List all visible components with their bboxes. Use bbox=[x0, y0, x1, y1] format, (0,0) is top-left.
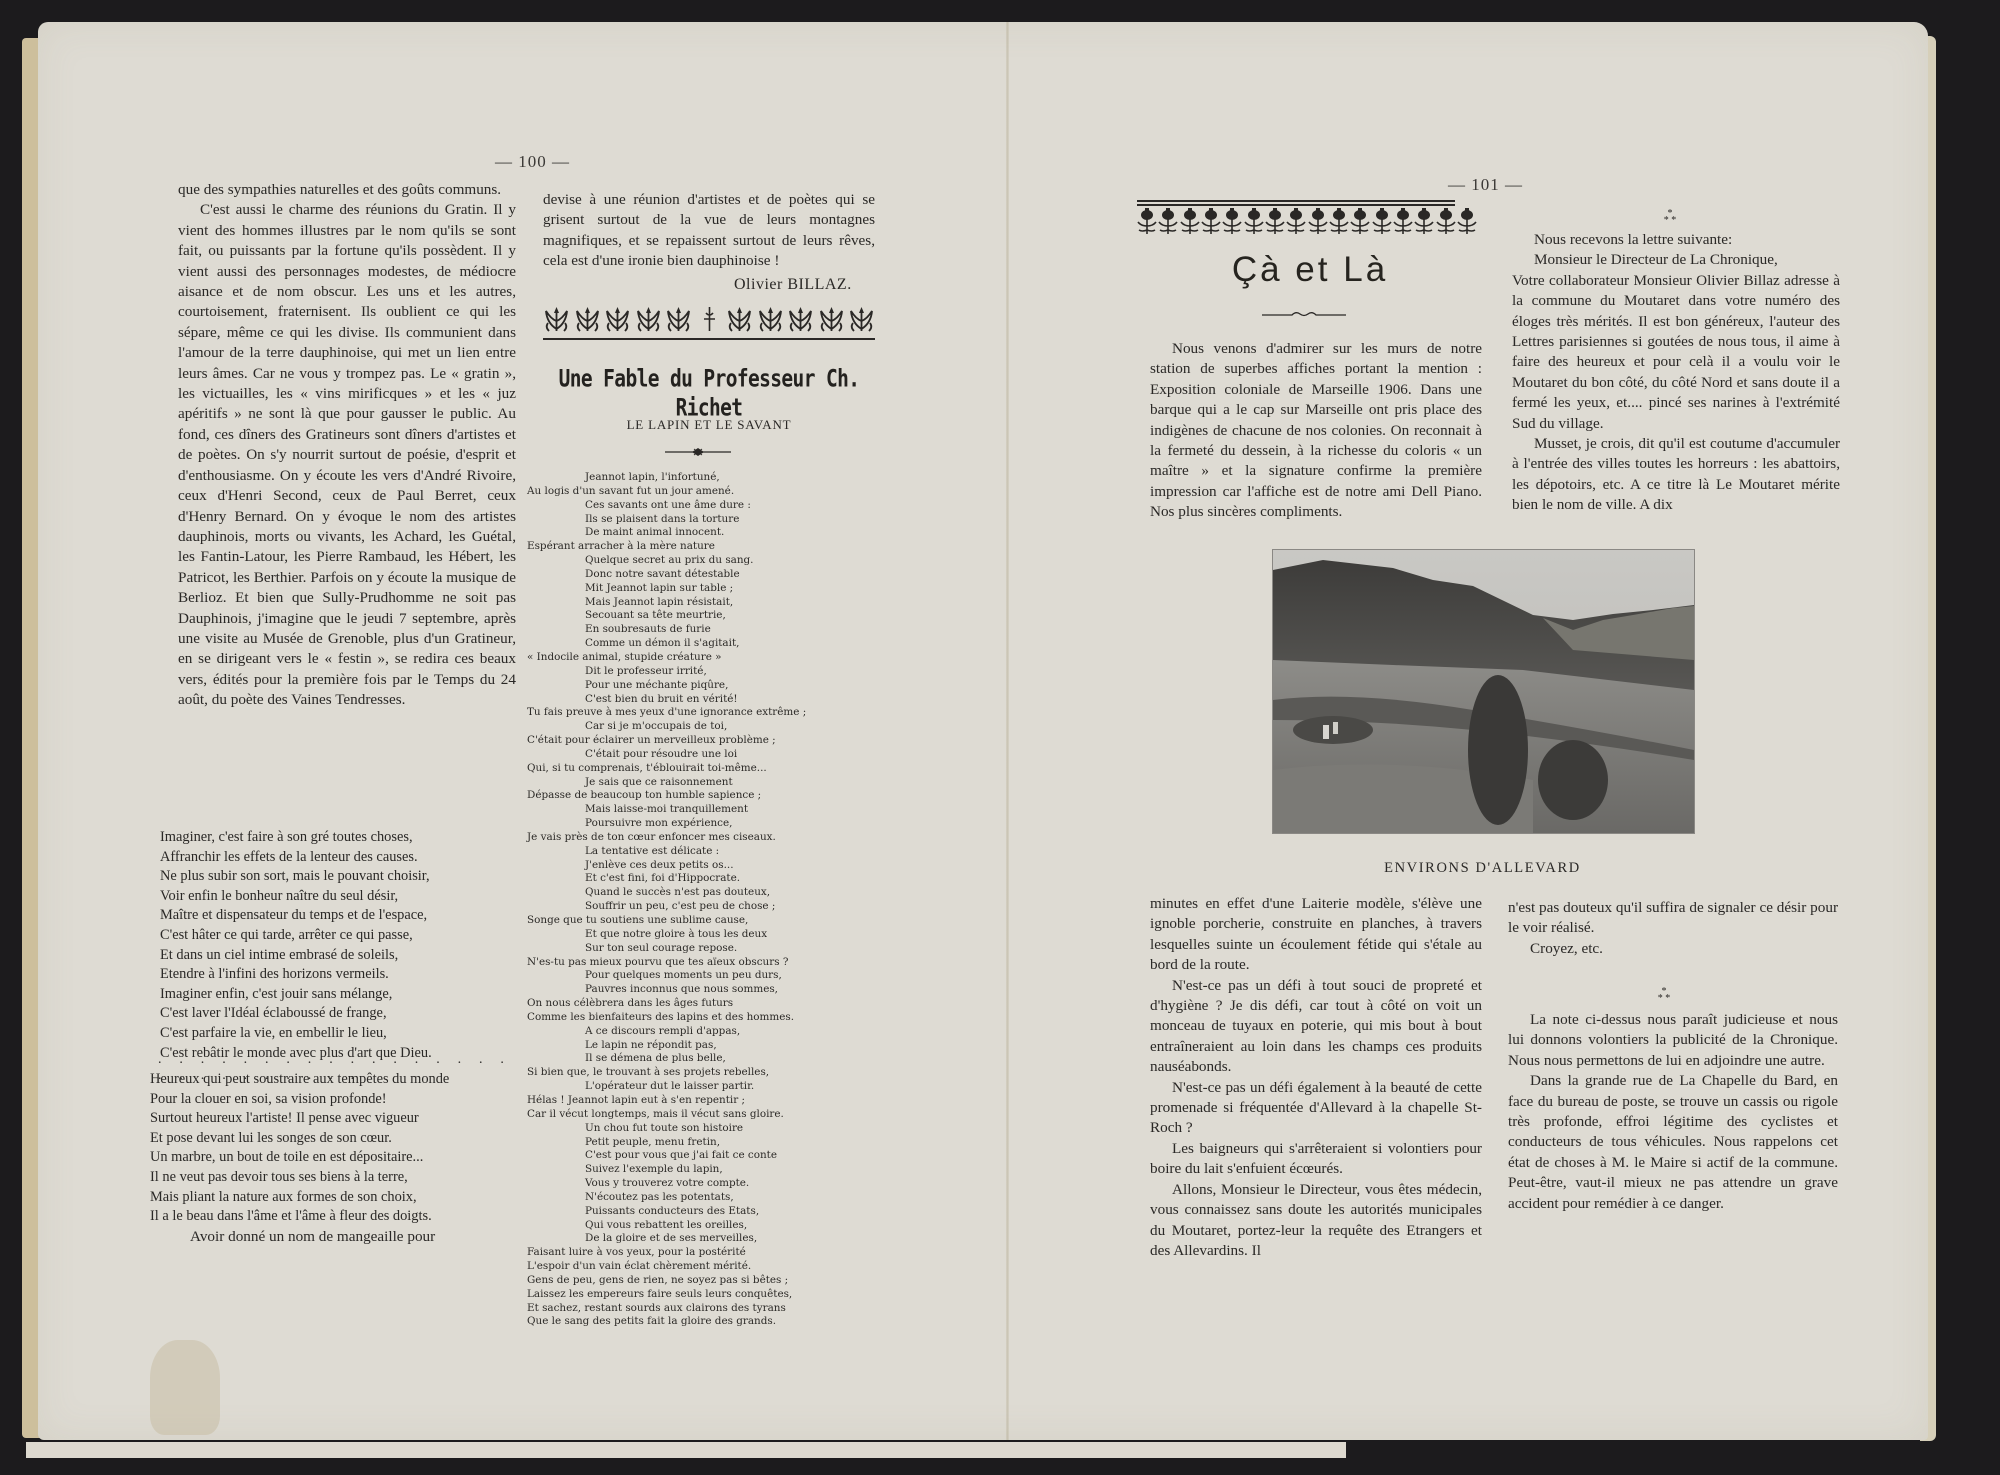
palmette-ornament-band bbox=[543, 302, 875, 336]
thistle-flower-icon bbox=[1222, 206, 1242, 236]
fable-verse-line: Ces savants ont une âme dure : bbox=[527, 499, 877, 513]
palmette-icon bbox=[757, 305, 784, 333]
photo-caption: ENVIRONS D'ALLEVARD bbox=[1272, 860, 1693, 877]
verse-line: Il a le beau dans l'âme et l'âme à fleur… bbox=[150, 1207, 520, 1227]
fable-verse-line: Hélas ! Jeannot lapin eut à s'en repenti… bbox=[527, 1094, 877, 1108]
underlying-page-edge-bottom bbox=[26, 1442, 1346, 1458]
fable-verse-line: Poursuivre mon expérience, bbox=[527, 817, 877, 831]
fable-verse-line: Le lapin ne répondit pas, bbox=[527, 1039, 877, 1053]
page-number-left: — 100 — bbox=[495, 152, 570, 172]
fable-verse-line: C'est bien du bruit en vérité! bbox=[527, 693, 877, 707]
fable-verse-line: Je vais près de ton cœur enfoncer mes ci… bbox=[527, 831, 877, 845]
fable-verse-line: Gens de peu, gens de rien, ne soyez pas … bbox=[527, 1274, 877, 1288]
paragraph: Croyez, etc. bbox=[1508, 939, 1838, 959]
right-column-2-letter: Nous recevons la lettre suivante:Monsieu… bbox=[1512, 230, 1840, 516]
fable-verse-line: Mais laisse-moi tranquillement bbox=[527, 803, 877, 817]
paragraph: Allons, Monsieur le Directeur, vous êtes… bbox=[1150, 1180, 1482, 1262]
fable-verse-line: C'est pour vous que j'ai fait ce conte bbox=[527, 1149, 877, 1163]
verse-line: Surtout heureux l'artiste! Il pense avec… bbox=[150, 1109, 520, 1129]
paragraph: Musset, je crois, dit qu'il est coutume … bbox=[1512, 434, 1840, 516]
thistle-flower-icon bbox=[1137, 206, 1157, 236]
verse-line: Ne plus subir son sort, mais le pouvant … bbox=[160, 867, 520, 887]
fable-verse-line: La tentative est délicate : bbox=[527, 845, 877, 859]
thistle-flower-icon bbox=[1265, 206, 1285, 236]
fable-verse-line: Donc notre savant détestable bbox=[527, 568, 877, 582]
verse-line: Affranchir les effets de la lenteur des … bbox=[160, 848, 520, 868]
palmette-icon bbox=[787, 305, 814, 333]
fable-verse-line: Quand le succès n'est pas douteux, bbox=[527, 886, 877, 900]
palmette-icon bbox=[604, 305, 631, 333]
verse-line: C'est parfaire la vie, en embellir le li… bbox=[160, 1024, 520, 1044]
verse-line: Imaginer enfin, c'est jouir sans mélange… bbox=[160, 985, 520, 1005]
fable-poem: Jeannot lapin, l'infortuné,Au logis d'un… bbox=[527, 471, 877, 1329]
left-column-1-prose: que des sympathies naturelles et des goû… bbox=[178, 180, 516, 711]
fable-verse-line: J'enlève ces deux petits os... bbox=[527, 859, 877, 873]
fable-verse-line: Dit le professeur irrité, bbox=[527, 665, 877, 679]
right-column-2-note: La note ci-dessus nous paraît judicieuse… bbox=[1508, 1010, 1838, 1214]
fable-subtitle: LE LAPIN ET LE SAVANT bbox=[543, 417, 875, 433]
paragraph: minutes en effet d'une Laiterie modèle, … bbox=[1150, 894, 1482, 976]
fable-verse-line: N'es-tu pas mieux pourvu que tes aïeux o… bbox=[527, 956, 877, 970]
fable-verse-line: C'était pour résoudre une loi bbox=[527, 748, 877, 762]
thistle-flower-icon bbox=[1286, 206, 1306, 236]
flower-ornament-band bbox=[1137, 206, 1477, 236]
verse-line: Et pose devant lui les songes de son cœu… bbox=[150, 1129, 520, 1149]
page-number-right: — 101 — bbox=[1448, 175, 1523, 195]
paragraph: Votre collaborateur Monsieur Olivier Bil… bbox=[1512, 271, 1840, 434]
verse-line: Maître et dispensateur du temps et de l'… bbox=[160, 906, 520, 926]
fable-verse-line: Songe que tu soutiens une sublime cause, bbox=[527, 914, 877, 928]
verse-line: Imaginer, c'est faire à son gré toutes c… bbox=[160, 828, 520, 848]
fable-verse-line: Mit Jeannot lapin sur table ; bbox=[527, 582, 877, 596]
fable-verse-line: On nous célèbrera dans les âges futurs bbox=[527, 997, 877, 1011]
verse-line: Et dans un ciel intime embrasé de soleil… bbox=[160, 946, 520, 966]
paragraph: n'est pas douteux qu'il suffira de signa… bbox=[1508, 898, 1838, 939]
palmette-icon bbox=[818, 305, 845, 333]
verse-line: Il ne veut pas devoir tous ses biens à l… bbox=[150, 1168, 520, 1188]
mountain-landscape-image bbox=[1273, 550, 1694, 833]
left-column-2-opening: devise à une réunion d'artistes et de po… bbox=[543, 190, 875, 272]
thistle-flower-icon bbox=[1180, 206, 1200, 236]
paragraph: N'est-ce pas un défi à tout souci de pro… bbox=[1150, 976, 1482, 1078]
fable-verse-line: Suivez l'exemple du lapin, bbox=[527, 1163, 877, 1177]
author-signature: Olivier BILLAZ. bbox=[734, 276, 852, 294]
left-column-1-closing: Avoir donné un nom de mangeaille pour bbox=[168, 1227, 518, 1247]
fable-verse-line: Mais Jeannot lapin résistait, bbox=[527, 596, 877, 610]
fable-verse-line: Espérant arracher à la mère nature bbox=[527, 540, 877, 554]
paragraph: C'est aussi le charme des réunions du Gr… bbox=[178, 200, 516, 710]
thistle-flower-icon bbox=[1158, 206, 1178, 236]
fable-verse-line: Au logis d'un savant fut un jour amené. bbox=[527, 485, 877, 499]
fable-verse-line: Vous y trouverez votre compte. bbox=[527, 1177, 877, 1191]
fable-verse-line: Et que notre gloire à tous les deux bbox=[527, 928, 877, 942]
fable-verse-line: Car si je m'occupais de toi, bbox=[527, 720, 877, 734]
palmette-icon bbox=[574, 305, 601, 333]
fable-verse-line: Un chou fut toute son histoire bbox=[527, 1122, 877, 1136]
fable-verse-line: C'était pour éclairer un merveilleux pro… bbox=[527, 734, 877, 748]
fable-verse-line: Qui, si tu comprenais, t'éblouirait toi-… bbox=[527, 762, 877, 776]
thistle-flower-icon bbox=[1350, 206, 1370, 236]
header-double-rule bbox=[1137, 200, 1455, 202]
thistle-flower-icon bbox=[1329, 206, 1349, 236]
poem-imaginer: Imaginer, c'est faire à son gré toutes c… bbox=[160, 828, 520, 1063]
fable-verse-line: Petit peuple, menu fretin, bbox=[527, 1136, 877, 1150]
thistle-flower-icon bbox=[1201, 206, 1221, 236]
thistle-flower-icon bbox=[1414, 206, 1434, 236]
fable-verse-line: Pauvres inconnus que nous sommes, bbox=[527, 983, 877, 997]
ornament-rule bbox=[543, 338, 875, 340]
thistle-flower-icon bbox=[1244, 206, 1264, 236]
paragraph: Dans la grande rue de La Chapelle du Bar… bbox=[1508, 1071, 1838, 1214]
page-gutter bbox=[1006, 22, 1009, 1440]
thistle-flower-icon bbox=[1308, 206, 1328, 236]
paper-stain bbox=[150, 1340, 220, 1435]
fable-verse-line: Tu fais preuve à mes yeux d'une ignoranc… bbox=[527, 706, 877, 720]
fable-verse-line: De la gloire et de ses merveilles, bbox=[527, 1232, 877, 1246]
fable-verse-line: L'espoir d'un vain éclat chèrement mérit… bbox=[527, 1260, 877, 1274]
paragraph: La note ci-dessus nous paraît judicieuse… bbox=[1508, 1010, 1838, 1071]
verse-line: Heureux qui peut soustraire aux tempêtes… bbox=[150, 1070, 520, 1090]
right-column-1-intro: Nous venons d'admirer sur les murs de no… bbox=[1150, 339, 1482, 523]
paragraph: Monsieur le Directeur de La Chronique, bbox=[1512, 250, 1840, 270]
fleur-de-lis-icon bbox=[696, 305, 723, 333]
fable-verse-line: Ils se plaisent dans la torture bbox=[527, 513, 877, 527]
palmette-icon bbox=[726, 305, 753, 333]
fable-verse-line: Qui vous rebattent les oreilles, bbox=[527, 1219, 877, 1233]
fable-verse-line: N'écoutez pas les potentats, bbox=[527, 1191, 877, 1205]
fable-verse-line: Que le sang des petits fait la gloire de… bbox=[527, 1315, 877, 1329]
verse-line: Un marbre, un bout de toile en est dépos… bbox=[150, 1148, 520, 1168]
fable-verse-line: Et sachez, restant sourds aux clairons d… bbox=[527, 1302, 877, 1316]
fable-title: Une Fable du Professeur Ch. Richet bbox=[543, 364, 875, 422]
verse-line: C'est laver l'Idéal éclaboussé de frange… bbox=[160, 1004, 520, 1024]
fable-verse-line: Et c'est fini, foi d'Hippocrate. bbox=[527, 872, 877, 886]
verse-line: C'est hâter ce qui tarde, arrêter ce qui… bbox=[160, 926, 520, 946]
verse-line: Mais pliant la nature aux formes de son … bbox=[150, 1188, 520, 1208]
fable-verse-line: Il se démena de plus belle, bbox=[527, 1052, 877, 1066]
photo-environs-allevard bbox=[1272, 549, 1695, 834]
fable-verse-line: De maint animal innocent. bbox=[527, 526, 877, 540]
fable-verse-line: Je sais que ce raisonnement bbox=[527, 776, 877, 790]
palmette-icon bbox=[665, 305, 692, 333]
fable-verse-line: Comme les bienfaiteurs des lapins et des… bbox=[527, 1011, 877, 1025]
section-title: Çà et Là bbox=[1140, 250, 1480, 290]
paragraph: que des sympathies naturelles et des goû… bbox=[178, 180, 516, 200]
right-column-2-closing: n'est pas douteux qu'il suffira de signa… bbox=[1508, 898, 1838, 959]
fable-verse-line: « Indocile animal, stupide créature » bbox=[527, 651, 877, 665]
fable-verse-line: Sur ton seul courage repose. bbox=[527, 942, 877, 956]
verse-line: Voir enfin le bonheur naître du seul dés… bbox=[160, 887, 520, 907]
fable-verse-line: Pour une méchante piqûre, bbox=[527, 679, 877, 693]
paragraph: N'est-ce pas un défi également à la beau… bbox=[1150, 1078, 1482, 1139]
poem-heureux: Heureux qui peut soustraire aux tempêtes… bbox=[150, 1070, 520, 1227]
paragraph: Nous recevons la lettre suivante: bbox=[1512, 230, 1840, 250]
fable-verse-line: Secouant sa tête meurtrie, bbox=[527, 609, 877, 623]
fleuron-divider-icon bbox=[663, 448, 733, 456]
fable-verse-line: Quelque secret au prix du sang. bbox=[527, 554, 877, 568]
fable-verse-line: Souffrir un peu, c'est peu de chose ; bbox=[527, 900, 877, 914]
fable-verse-line: Dépasse de beaucoup ton humble sapience … bbox=[527, 789, 877, 803]
fable-verse-line: Comme un démon il s'agitait, bbox=[527, 637, 877, 651]
fable-verse-line: L'opérateur dut le laisser partir. bbox=[527, 1080, 877, 1094]
fable-verse-line: En soubresauts de furie bbox=[527, 623, 877, 637]
fable-verse-line: Car il vécut longtemps, mais il vécut sa… bbox=[527, 1108, 877, 1122]
fable-verse-line: Pour quelques moments un peu durs, bbox=[527, 969, 877, 983]
thistle-flower-icon bbox=[1457, 206, 1477, 236]
fable-verse-line: Si bien que, le trouvant à ses projets r… bbox=[527, 1066, 877, 1080]
right-column-1-letter-cont: minutes en effet d'une Laiterie modèle, … bbox=[1150, 894, 1482, 1261]
paragraph: Les baigneurs qui s'arrêteraient si volo… bbox=[1150, 1139, 1482, 1180]
fable-verse-line: Jeannot lapin, l'infortuné, bbox=[527, 471, 877, 485]
fable-verse-line: Faisant luire à vos yeux, pour la postér… bbox=[527, 1246, 877, 1260]
verse-line: Pour la clouer en soi, sa vision profond… bbox=[150, 1090, 520, 1110]
thistle-flower-icon bbox=[1393, 206, 1413, 236]
fable-verse-line: Puissants conducteurs des Etats, bbox=[527, 1205, 877, 1219]
thistle-flower-icon bbox=[1436, 206, 1456, 236]
asterism-2: ** * bbox=[1654, 988, 1674, 1002]
fable-verse-line: A ce discours rempli d'appas, bbox=[527, 1025, 877, 1039]
thistle-flower-icon bbox=[1372, 206, 1392, 236]
palmette-icon bbox=[543, 305, 570, 333]
swirl-divider-icon bbox=[1262, 310, 1346, 318]
asterism-1: ** * bbox=[1660, 210, 1680, 224]
palmette-icon bbox=[848, 305, 875, 333]
verse-line: Etendre à l'infini des horizons vermeils… bbox=[160, 965, 520, 985]
palmette-icon bbox=[635, 305, 662, 333]
fable-verse-line: Laissez les empereurs faire seuls leurs … bbox=[527, 1288, 877, 1302]
